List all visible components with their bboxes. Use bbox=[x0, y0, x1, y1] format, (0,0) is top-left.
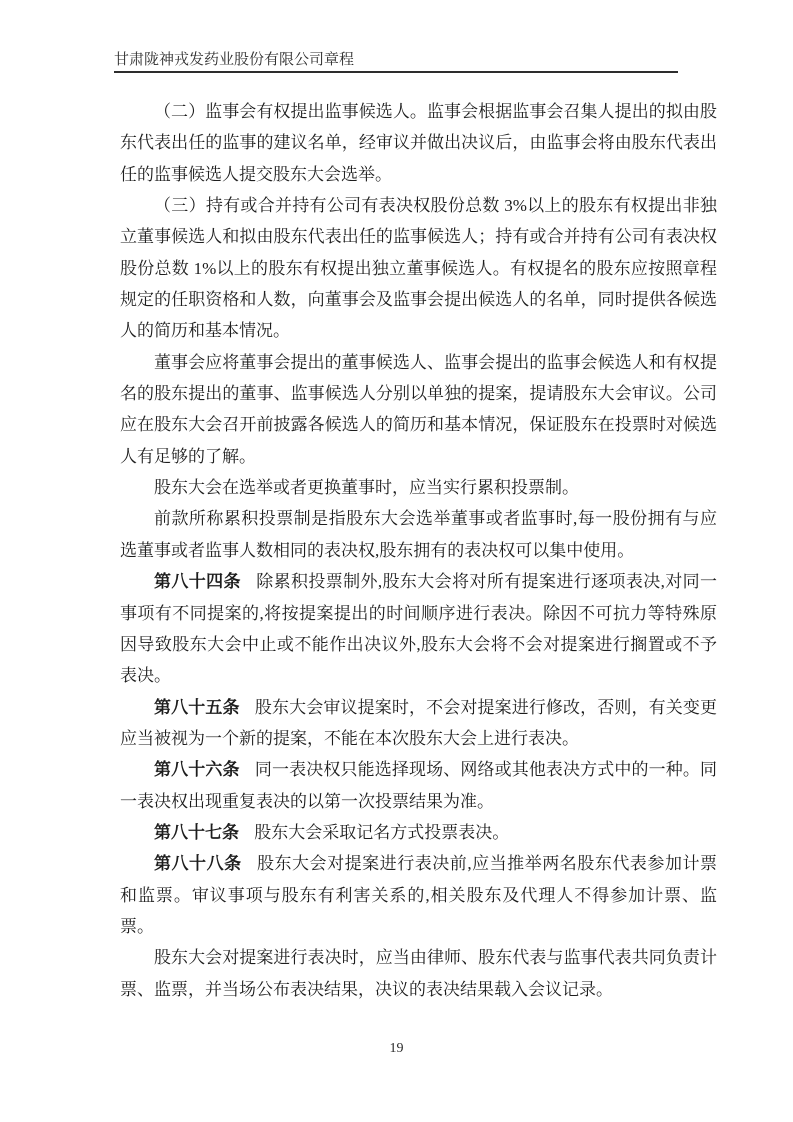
paragraph: （三）持有或合并持有公司有表决权股份总数 3%以上的股东有权提出非独立董事候选人… bbox=[120, 190, 717, 347]
paragraph: 董事会应将董事会提出的董事候选人、监事会提出的监事会候选人和有权提名的股东提出的… bbox=[120, 347, 717, 472]
paragraph: （二）监事会有权提出监事候选人。监事会根据监事会召集人提出的拟由股东代表出任的监… bbox=[120, 96, 717, 190]
article-number: 第八十四条 bbox=[154, 572, 241, 591]
article-number: 第八十七条 bbox=[154, 823, 239, 842]
document-page: 甘肃陇神戎发药业股份有限公司章程 （二）监事会有权提出监事候选人。监事会根据监事… bbox=[0, 0, 793, 1122]
paragraph: 股东大会在选举或者更换董事时，应当实行累积投票制。 bbox=[120, 472, 717, 503]
paragraph: 第八十五条股东大会审议提案时，不会对提案进行修改，否则，有关变更应当被视为一个新… bbox=[120, 692, 717, 755]
paragraph: 股东大会对提案进行表决时，应当由律师、股东代表与监事代表共同负责计票、监票，并当… bbox=[120, 942, 717, 1005]
page-number: 19 bbox=[390, 1041, 404, 1056]
paragraph: 前款所称累积投票制是指股东大会选举董事或者监事时,每一股份拥有与应选董事或者监事… bbox=[120, 503, 717, 566]
article-number: 第八十六条 bbox=[154, 760, 240, 779]
header-rule bbox=[114, 71, 678, 73]
page-footer: 19 bbox=[0, 1039, 793, 1057]
header-title: 甘肃陇神戎发药业股份有限公司章程 bbox=[114, 48, 354, 69]
paragraph: 第八十六条同一表决权只能选择现场、网络或其他表决方式中的一种。同一表决权出现重复… bbox=[120, 754, 717, 817]
paragraph: 第八十四条除累积投票制外,股东大会将对所有提案进行逐项表决,对同一事项有不同提案… bbox=[120, 566, 717, 691]
paragraph: 第八十七条股东大会采取记名方式投票表决。 bbox=[120, 817, 717, 848]
document-body: （二）监事会有权提出监事候选人。监事会根据监事会召集人提出的拟由股东代表出任的监… bbox=[120, 96, 717, 1005]
paragraph: 第八十八条股东大会对提案进行表决前,应当推举两名股东代表参加计票和监票。审议事项… bbox=[120, 848, 717, 942]
article-number: 第八十八条 bbox=[154, 854, 242, 873]
article-number: 第八十五条 bbox=[154, 698, 240, 717]
